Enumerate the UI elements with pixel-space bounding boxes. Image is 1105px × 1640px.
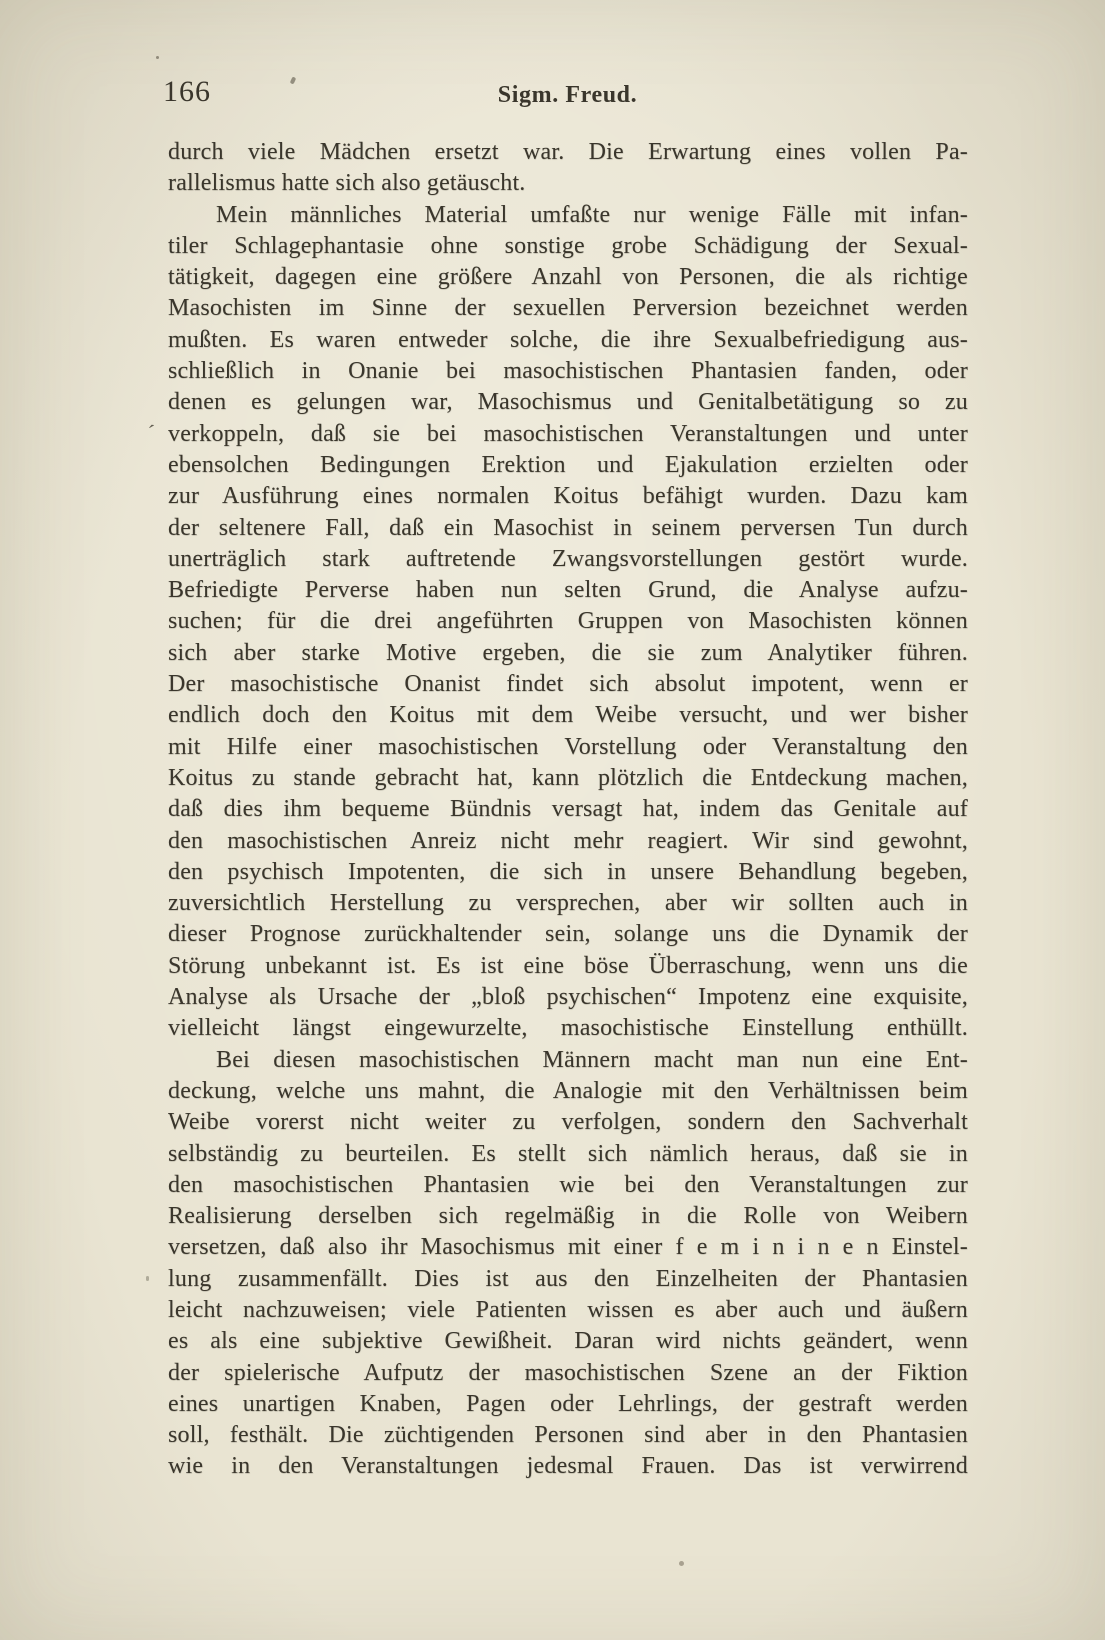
text-line: versetzen, daß also ihr Masochismus mit … xyxy=(168,1232,968,1263)
text-line: Bei diesen masochistischen Männern macht… xyxy=(168,1045,968,1076)
text-line: denen es gelungen war, Masochismus und G… xyxy=(168,387,968,418)
text-line: mit Hilfe einer masochistischen Vorstell… xyxy=(168,732,968,763)
text-line: es als eine subjektive Gewißheit. Daran … xyxy=(168,1326,968,1357)
text-line: suchen; für die drei angeführten Gruppen… xyxy=(168,606,968,637)
scan-speck xyxy=(156,56,159,59)
text-line: Störung unbekannt ist. Es ist eine böse … xyxy=(168,951,968,982)
text-line: selbständig zu beurteilen. Es stellt sic… xyxy=(168,1139,968,1170)
text-line: zur Ausführung eines normalen Koitus bef… xyxy=(168,481,968,512)
text-line: Realisierung derselben sich regelmäßig i… xyxy=(168,1201,968,1232)
text-line: ebensolchen Bedingungen Erektion und Eja… xyxy=(168,450,968,481)
text-line: wie in den Veranstaltungen jedesmal Frau… xyxy=(168,1451,968,1482)
scan-speck xyxy=(146,1276,149,1281)
text-line: Mein männliches Material umfaßte nur wen… xyxy=(168,200,968,231)
text-line: deckung, welche uns mahnt, die Analogie … xyxy=(168,1076,968,1107)
text-line: leicht nachzuweisen; viele Patienten wis… xyxy=(168,1295,968,1326)
text-line: endlich doch den Koitus mit dem Weibe ve… xyxy=(168,700,968,731)
running-header: Sigm. Freud. xyxy=(30,80,1105,110)
text-line: rallelismus hatte sich also getäuscht. xyxy=(168,168,968,199)
text-line: soll, festhält. Die züchtigenden Persone… xyxy=(168,1420,968,1451)
text-line: unerträglich stark auftretende Zwangsvor… xyxy=(168,544,968,575)
text-line: lung zusammenfällt. Dies ist aus den Ein… xyxy=(168,1264,968,1295)
body-text: durch viele Mädchen ersetzt war. Die Erw… xyxy=(168,137,968,1483)
text-line: der spielerische Aufputz der masochistis… xyxy=(168,1358,968,1389)
text-line: tiler Schlagephantasie ohne sonstige gro… xyxy=(168,231,968,262)
text-line: sich aber starke Motive ergeben, die sie… xyxy=(168,638,968,669)
text-line: Der masochistische Onanist findet sich a… xyxy=(168,669,968,700)
text-line: der seltenere Fall, daß ein Masochist in… xyxy=(168,513,968,544)
text-line: verkoppeln, daß sie bei masochistischen … xyxy=(168,419,968,450)
text-line: Koitus zu stande gebracht hat, kann plöt… xyxy=(168,763,968,794)
text-line: tätigkeit, dagegen eine größere Anzahl v… xyxy=(168,262,968,293)
scan-speck xyxy=(679,1561,684,1566)
text-line: eines unartigen Knaben, Pagen oder Lehrl… xyxy=(168,1389,968,1420)
text-line: daß dies ihm bequeme Bündnis versagt hat… xyxy=(168,794,968,825)
text-line: schließlich in Onanie bei masochistische… xyxy=(168,356,968,387)
text-line: dieser Prognose zurückhaltender sein, so… xyxy=(168,919,968,950)
margin-tick-mark: ´ xyxy=(146,420,156,447)
text-line: Masochisten im Sinne der sexuellen Perve… xyxy=(168,293,968,324)
scanned-book-page: 166 Sigm. Freud. durch viele Mädchen ers… xyxy=(0,0,1105,1640)
text-line: durch viele Mädchen ersetzt war. Die Erw… xyxy=(168,137,968,168)
text-line: Befriedigte Perverse haben nun selten Gr… xyxy=(168,575,968,606)
text-line: zuversichtlich Herstellung zu verspreche… xyxy=(168,888,968,919)
text-line: den masochistischen Phantasien wie bei d… xyxy=(168,1170,968,1201)
text-line: Weibe vorerst nicht weiter zu verfolgen,… xyxy=(168,1107,968,1138)
text-line: Analyse als Ursache der „bloß psychische… xyxy=(168,982,968,1013)
text-line: vielleicht längst eingewurzelte, masochi… xyxy=(168,1013,968,1044)
text-line: den psychisch Impotenten, die sich in un… xyxy=(168,857,968,888)
text-line: mußten. Es waren entweder solche, die ih… xyxy=(168,325,968,356)
text-line: den masochistischen Anreiz nicht mehr re… xyxy=(168,826,968,857)
